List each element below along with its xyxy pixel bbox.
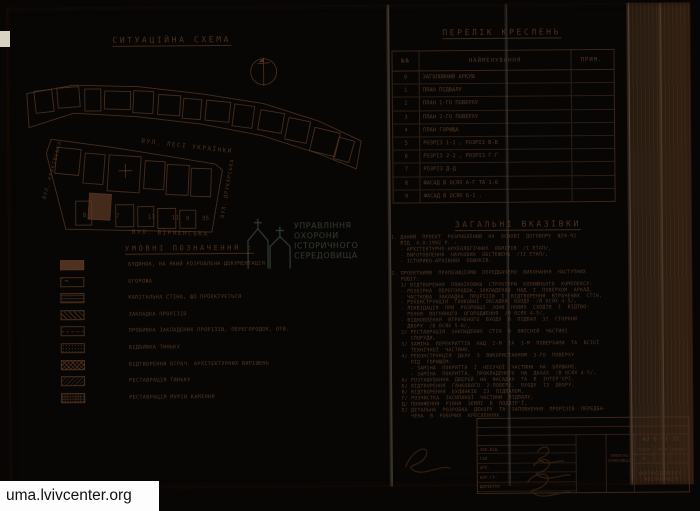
stamp-name: ········ <box>506 445 540 454</box>
legend-item: КАПІТАЛЬНА СТІНА, ЩО ПРОЕКТУЄТЬСЯ <box>60 291 360 303</box>
lower-city-block <box>46 138 223 233</box>
drawings-table: №№ НАЙМЕНУВАННЯ ПРИМ. 0 ЗАГОЛОВНИЙ АРКУШ… <box>391 49 615 204</box>
drawing-code: АО Б-91-31 <box>633 433 688 445</box>
row-number: 4 <box>393 124 420 136</box>
legend-swatch-icon <box>61 376 85 386</box>
row-number: 0 <box>393 71 420 83</box>
stage-label: АРКУШІВ <box>670 445 689 454</box>
scanned-sheet-photo: СИТУАЦІЙНА СХЕМА <box>0 0 700 511</box>
legend-swatch-icon <box>60 260 84 270</box>
ghost-stamp-line: СЕРЕДОВИЩА <box>294 251 358 262</box>
stamp-role: ДИРЕКТОР <box>478 482 506 491</box>
stamp-signature-cell <box>540 463 576 472</box>
row-number: 2 <box>393 98 420 110</box>
legend-swatch-icon <box>61 326 85 336</box>
row-name: ЗАГОЛОВНИЙ АРКУШ <box>420 70 572 83</box>
legend-swatch-icon <box>60 293 84 303</box>
row-note <box>572 162 612 175</box>
archive-ghost-stamp: УПРАВЛІННЯОХОРОНИІСТОРИЧНОГОСЕРЕДОВИЩА <box>240 205 401 278</box>
general-notes: 1. ДАНИЙ ПРОЕКТ РОЗРОБЛЕНИЙ НА ОСНОВІ ДО… <box>391 233 684 420</box>
house-number: 11 <box>172 214 180 221</box>
legend-swatch-icon <box>61 393 85 403</box>
stamp-role: КЕР.ГР. <box>478 473 506 482</box>
row-number: 5 <box>393 137 420 149</box>
stamp-name: ····· <box>506 482 540 491</box>
row-name: ФАСАД В ОСЯХ А-Г ТА 1-6 <box>420 176 572 189</box>
legend-swatch-icon <box>61 360 85 370</box>
street-label-bottom: ВУЛ. ВІРМЕНСЬКА <box>132 229 209 238</box>
legend-item-label: ЗАКЛАДКА ПРОРІЗІВ <box>129 311 187 317</box>
row-note <box>572 70 612 83</box>
stamp-signature-rows: ЗАВ.ВІД. ········ ГАП ········ АРХ. ····… <box>478 444 576 492</box>
legend-swatch-icon <box>60 310 84 320</box>
north-arrow-icon <box>251 58 277 86</box>
column-header-name: НАЙМЕНУВАННЯ <box>419 50 571 70</box>
legend-item: РЕСТАВРАЦІЯ ТИНЬКУ <box>61 374 361 386</box>
house-number: 7 <box>116 213 120 220</box>
street-label-top: ВУЛ. ЛЕСІ УКРАЇНКИ <box>141 138 233 155</box>
column-header-note: ПРИМ. <box>571 50 611 69</box>
archive-watermark: uma.lvivcenter.org <box>0 481 159 511</box>
row-note <box>572 96 612 109</box>
stamp-role: АРХ. <box>478 464 506 473</box>
row-note <box>572 136 612 149</box>
row-note <box>572 83 612 96</box>
stage-value: ЕП <box>634 455 654 464</box>
drawing-sheet: СИТУАЦІЙНА СХЕМА <box>6 2 694 489</box>
legend-item: РЕСТАВРАЦІЯ МУРІВ КАМІННЯ <box>61 391 361 403</box>
paper-edge-tab <box>0 31 10 47</box>
legend-item-label: ВІДБИВКА ТИНЬКУ <box>129 344 180 350</box>
row-note <box>572 123 612 136</box>
row-number: 1 <box>393 85 420 97</box>
drawings-list-title: ПЕРЕЛІК КРЕСЛЕНЬ <box>442 27 561 39</box>
stamp-role: ЗАВ.ВІД. <box>478 445 506 454</box>
legend-item-label: ОГОРОЖА <box>128 278 152 284</box>
notes-title: ЗАГАЛЬНІ ВКАЗІВКИ <box>455 219 581 231</box>
row-number: 6 <box>393 151 420 163</box>
legend-swatch-icon <box>60 277 84 287</box>
stage-value <box>670 454 689 463</box>
legend-item: ВІДТВОРЕННЯ ВТРАЧ. АРХІТЕКТУРНИХ ВИРІШЕН… <box>61 357 361 369</box>
row-note <box>572 110 612 123</box>
stamp-signature-cell <box>540 454 576 463</box>
ghost-stamp-line: ОХОРОНИ <box>294 231 358 242</box>
legend-list: БУДИНОК, НА ЯКИЙ РОЗРОБЛЕНА ДОКУМЕНТАЦІЯ… <box>60 258 361 403</box>
legend-title: УМОВНІ ПОЗНАЧЕННЯ : <box>125 244 255 255</box>
street-label-right: ВУЛ. ДРУКАРСЬКА <box>220 158 236 218</box>
row-note <box>573 189 613 202</box>
stage-value: 1 <box>654 454 670 463</box>
row-number: 3 <box>393 111 420 123</box>
legend-item-label: РЕСТАВРАЦІЯ МУРІВ КАМІННЯ <box>129 394 215 401</box>
project-line: ПРОПОЗИЦІЇ <box>608 458 631 464</box>
stamp-role: ГАП <box>478 454 506 463</box>
row-name: ПЛАН ГОРИЩА <box>420 123 572 136</box>
row-note <box>572 175 612 188</box>
stamp-signature-cell <box>540 482 576 491</box>
stage-label: АРКУШ <box>654 445 670 454</box>
row-name: РОЗРІЗ 2-2 , РОЗРІЗ Г-Г <box>420 149 572 162</box>
row-name: ПЛАН 1-ГО ПОВЕРХУ <box>420 97 572 110</box>
column-header-num: №№ <box>392 51 419 70</box>
ghost-stamp-line: ІСТОРИЧНОГО <box>294 241 358 252</box>
row-number: 7 <box>393 164 420 176</box>
legend-item-label: ВІДТВОРЕННЯ ВТРАЧ. АРХІТЕКТУРНИХ ВИРІШЕН… <box>129 360 269 367</box>
legend-item: ЗАКЛАДКА ПРОРІЗІВ <box>60 308 360 320</box>
house-number: 35 <box>202 215 210 222</box>
stamp-name: ······ <box>506 473 540 482</box>
stage-grid: СТАДІЯ АРКУШ АРКУШІВ ЕП 1 <box>634 445 689 463</box>
row-number: 9 <box>394 190 421 202</box>
church-building <box>107 155 142 193</box>
row-name: ПЛАН ПІДВАЛУ <box>420 83 572 96</box>
legend-item-label: РЕСТАВРАЦІЯ ТИНЬКУ <box>129 377 191 383</box>
stamp-name: ······ <box>506 463 540 472</box>
legend-item: ВІДБИВКА ТИНЬКУ <box>61 341 361 353</box>
church-sketch-icon <box>240 210 294 272</box>
legend-item: ПРОБИВКА ЗАКЛАДЕНИХ ПРОРІЗІВ, ПЕРЕГОРОДО… <box>61 324 361 336</box>
street-label-left: ВУЛ. КРАКІВСЬКА <box>42 140 64 200</box>
watermark-url: uma.lvivcenter.org <box>6 487 132 505</box>
ghost-stamp-line: УПРАВЛІННЯ <box>294 221 358 232</box>
legend-item-label: КАПІТАЛЬНА СТІНА, ЩО ПРОЕКТУЄТЬСЯ <box>128 294 241 301</box>
row-number: 8 <box>393 177 420 189</box>
row-note <box>572 149 612 162</box>
organization-line: РЕСТАВРАЦІЯ <box>645 477 679 483</box>
upper-city-block <box>27 83 362 172</box>
project-name-cell: ПРОЕКТНІПРОПОЗИЦІЇ <box>606 438 634 478</box>
stamp-row: ДИРЕКТОР ····· <box>478 482 576 492</box>
house-number: 9 <box>186 215 190 222</box>
ghost-stamp-text: УПРАВЛІННЯОХОРОНИІСТОРИЧНОГОСЕРЕДОВИЩА <box>294 221 359 262</box>
table-row: 9 ФАСАД В ОСЯХ 6-1 . <box>394 189 615 203</box>
drawings-table-header: №№ НАЙМЕНУВАННЯ ПРИМ. <box>392 50 613 72</box>
legend-swatch-icon <box>61 343 85 353</box>
stamp-signature-cell <box>540 472 576 481</box>
row-name: РОЗРІЗ Д-Д <box>420 163 572 176</box>
row-name: РОЗРІЗ 1-1 , РОЗРІЗ В-В <box>420 136 572 149</box>
row-name: ФАСАД В ОСЯХ 6-1 . <box>421 189 573 202</box>
stamp-name: ········ <box>506 454 540 463</box>
title-block: ЗАВ.ВІД. ········ ГАП ········ АРХ. ····… <box>476 416 690 494</box>
house-number: 13 <box>148 214 156 221</box>
row-name: ПЛАН 2-ГО ПОВЕРХУ <box>420 110 572 123</box>
stage-label: СТАДІЯ <box>634 446 654 455</box>
house-number: 8 <box>83 212 87 219</box>
stamp-signature-cell <box>540 444 576 453</box>
legend-item-label: ПРОБИВКА ЗАКЛАДЕНИХ ПРОРІЗІВ, ПЕРЕГОРОДО… <box>129 327 290 334</box>
organization-name: УКРЗАХІДПРОЕКТ-РЕСТАВРАЦІЯ <box>634 463 689 491</box>
drawings-table-body: 0 ЗАГОЛОВНИЙ АРКУШ 1 ПЛАН ПІДВАЛУ 2 ПЛАН… <box>393 70 615 203</box>
